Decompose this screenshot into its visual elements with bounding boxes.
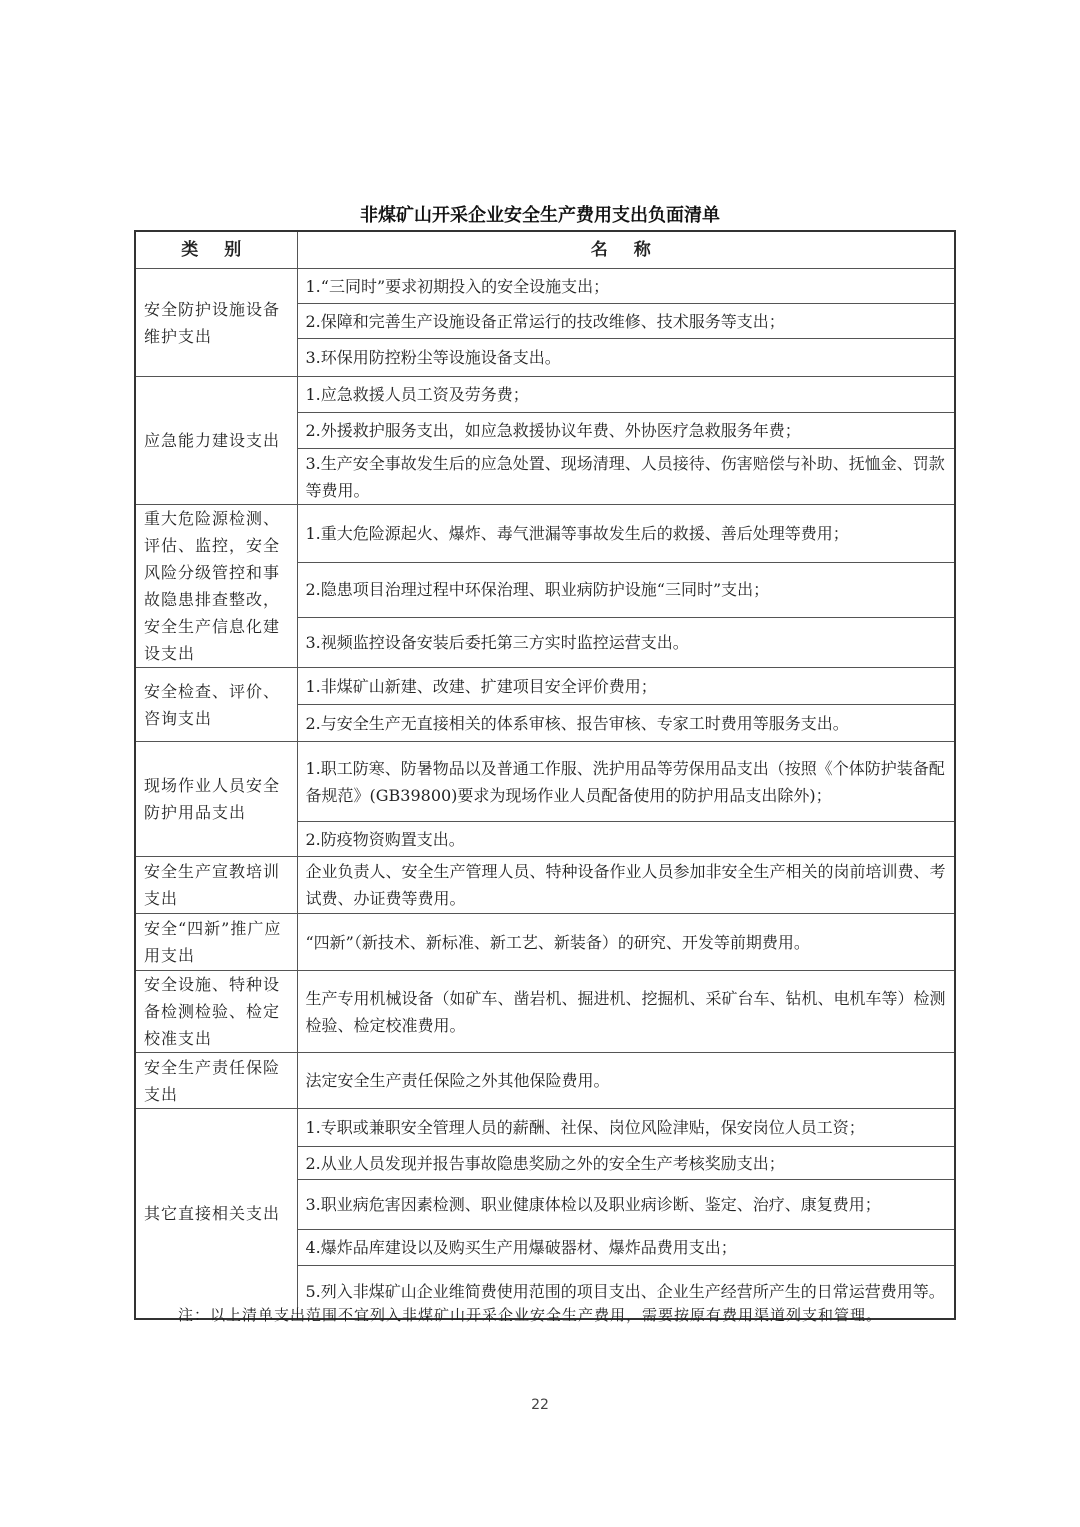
category-cell: 安全防护设施设备维护支出 [135,269,297,377]
header-category: 类 别 [135,231,297,269]
table-row: 其它直接相关支出 1.专职或兼职安全管理人员的薪酬、社保、岗位风险津贴，保安岗位… [135,1109,955,1147]
category-cell: 安全设施、特种设备检测检验、检定校准支出 [135,971,297,1053]
item-cell: 3.环保用防控粉尘等设施设备支出。 [297,339,955,377]
item-cell: 企业负责人、安全生产管理人员、特种设备作业人员参加非安全生产相关的岗前培训费、考… [297,857,955,914]
table-row: 安全设施、特种设备检测检验、检定校准支出 生产专用机械设备（如矿车、凿岩机、掘进… [135,971,955,1053]
category-cell: 现场作业人员安全防护用品支出 [135,742,297,857]
category-cell: 其它直接相关支出 [135,1109,297,1319]
item-cell: 1.专职或兼职安全管理人员的薪酬、社保、岗位风险津贴，保安岗位人员工资； [297,1109,955,1147]
item-cell: 3.生产安全事故发生后的应急处置、现场清理、人员接待、伤害赔偿与补助、抚恤金、罚… [297,449,955,505]
page-number: 22 [0,1397,1080,1413]
item-cell: “四新”（新技术、新标准、新工艺、新装备）的研究、开发等前期费用。 [297,914,955,971]
table-row: 安全防护设施设备维护支出 1.“三同时”要求初期投入的安全设施支出； [135,269,955,304]
category-cell: 安全检查、评价、咨询支出 [135,668,297,742]
table-row: 安全生产责任保险支出 法定安全生产责任保险之外其他保险费用。 [135,1053,955,1109]
item-cell: 2.从业人员发现并报告事故隐患奖励之外的安全生产考核奖励支出； [297,1147,955,1180]
footnote: 注：以上清单支出范围不宜列入非煤矿山开采企业安全生产费用，需要按原有费用渠道列支… [134,1303,956,1328]
table-row: 重大危险源检测、评估、监控，安全风险分级管控和事故隐患排查整改，安全生产信息化建… [135,505,955,563]
table-header-row: 类 别 名 称 [135,231,955,269]
item-cell: 2.外援救护服务支出，如应急救援协议年费、外协医疗急救服务年费； [297,413,955,449]
header-name: 名 称 [297,231,955,269]
category-cell: 安全生产宣教培训支出 [135,857,297,914]
item-cell: 1.非煤矿山新建、改建、扩建项目安全评价费用； [297,668,955,705]
table-row: 安全生产宣教培训支出 企业负责人、安全生产管理人员、特种设备作业人员参加非安全生… [135,857,955,914]
table-row: 安全“四新”推广应用支出 “四新”（新技术、新标准、新工艺、新装备）的研究、开发… [135,914,955,971]
category-cell: 安全生产责任保险支出 [135,1053,297,1109]
table-row: 应急能力建设支出 1.应急救援人员工资及劳务费； [135,377,955,413]
item-cell: 4.爆炸品库建设以及购买生产用爆破器材、爆炸品费用支出； [297,1230,955,1266]
item-cell: 生产专用机械设备（如矿车、凿岩机、掘进机、挖掘机、采矿台车、钻机、电机车等）检测… [297,971,955,1053]
item-cell: 2.保障和完善生产设施设备正常运行的技改维修、技术服务等支出； [297,304,955,339]
item-cell: 1.“三同时”要求初期投入的安全设施支出； [297,269,955,304]
item-cell: 法定安全生产责任保险之外其他保险费用。 [297,1053,955,1109]
item-cell: 1.重大危险源起火、爆炸、毒气泄漏等事故发生后的救援、善后处理等费用； [297,505,955,563]
item-cell: 2.防疫物资购置支出。 [297,822,955,857]
item-cell: 3.视频监控设备安装后委托第三方实时监控运营支出。 [297,617,955,668]
table-row: 现场作业人员安全防护用品支出 1.职工防寒、防暑物品以及普通工作服、洗护用品等劳… [135,742,955,822]
negative-list-table: 类 别 名 称 安全防护设施设备维护支出 1.“三同时”要求初期投入的安全设施支… [134,230,956,1320]
item-cell: 1.应急救援人员工资及劳务费； [297,377,955,413]
category-cell: 安全“四新”推广应用支出 [135,914,297,971]
category-cell: 重大危险源检测、评估、监控，安全风险分级管控和事故隐患排查整改，安全生产信息化建… [135,505,297,668]
item-cell: 2.隐患项目治理过程中环保治理、职业病防护设施“三同时”支出； [297,562,955,617]
document-title: 非煤矿山开采企业安全生产费用支出负面清单 [0,201,1080,227]
table-row: 安全检查、评价、咨询支出 1.非煤矿山新建、改建、扩建项目安全评价费用； [135,668,955,705]
item-cell: 1.职工防寒、防暑物品以及普通工作服、洗护用品等劳保用品支出（按照《个体防护装备… [297,742,955,822]
item-cell: 2.与安全生产无直接相关的体系审核、报告审核、专家工时费用等服务支出。 [297,705,955,742]
item-cell: 3.职业病危害因素检测、职业健康体检以及职业病诊断、鉴定、治疗、康复费用； [297,1180,955,1230]
category-cell: 应急能力建设支出 [135,377,297,505]
